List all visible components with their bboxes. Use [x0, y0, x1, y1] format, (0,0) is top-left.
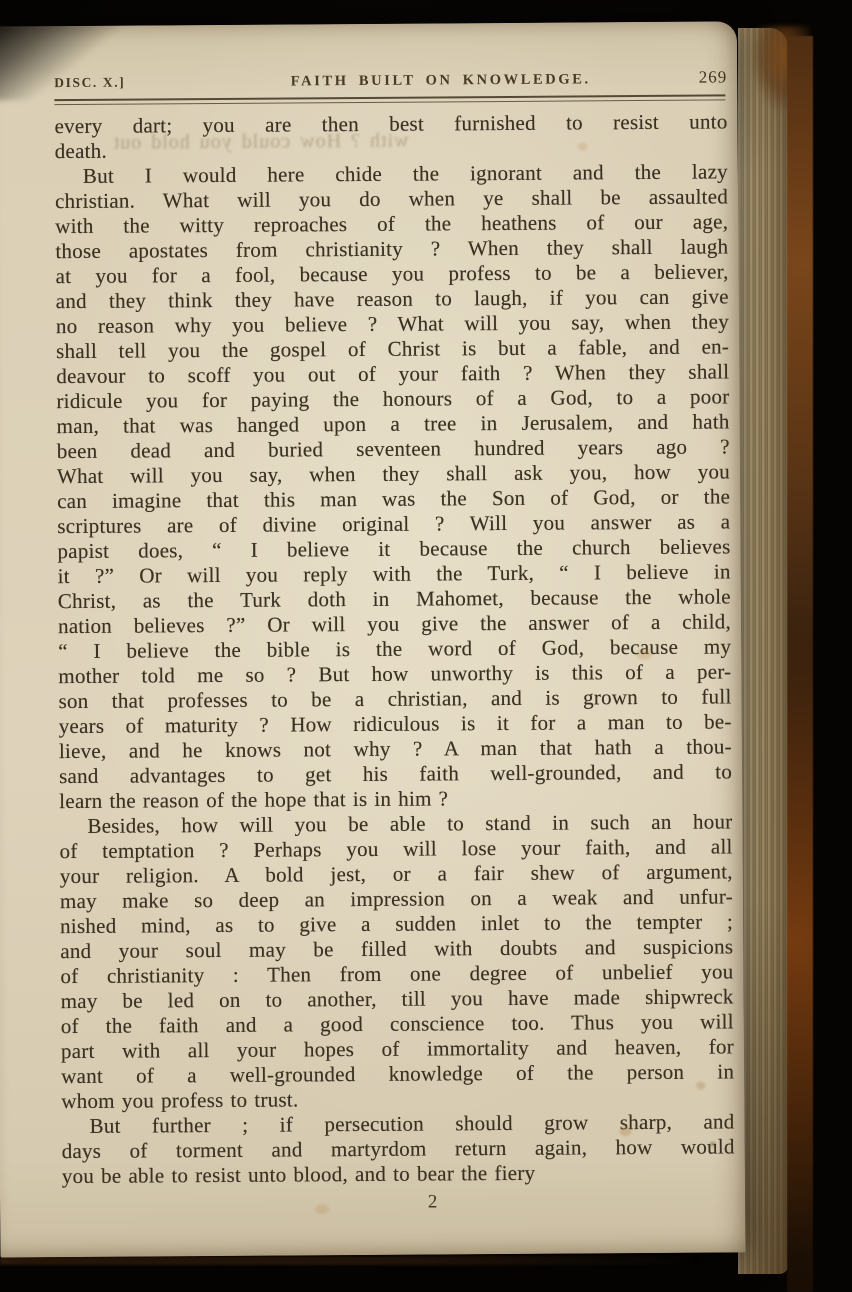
book-bottom-cover	[0, 1256, 700, 1265]
foxing-spot	[636, 648, 652, 660]
text-line: you be able to resist unto blood, and to…	[62, 1159, 735, 1189]
signature-mark: 2	[96, 1189, 769, 1216]
book-cover-edge	[787, 36, 813, 1292]
running-head-title: FAITH BUILT ON KNOWLEDGE.	[224, 71, 657, 91]
text-line: days of torment and martyrdom return aga…	[62, 1134, 735, 1164]
foxing-spot	[696, 1082, 705, 1090]
foxing-spot	[620, 1126, 632, 1136]
foxing-spot	[578, 142, 588, 150]
book-fore-edge	[738, 28, 790, 1274]
page-text: every dart; you are then best furnished …	[54, 109, 734, 1189]
text-line: sand advantages to get his faith well-gr…	[59, 759, 732, 789]
foxing-spot	[710, 1142, 716, 1147]
header-rule	[54, 94, 725, 105]
text-line: every dart; you are then best furnished …	[54, 109, 727, 139]
page-number: 269	[657, 67, 727, 87]
page-header: DISC. X.] FAITH BUILT ON KNOWLEDGE. 269	[54, 67, 727, 90]
page-corner-shadow	[0, 22, 138, 101]
book-page: with ? How could you hold out DISC. X.] …	[0, 21, 745, 1257]
photo-background: with ? How could you hold out DISC. X.] …	[0, 0, 852, 1292]
text-line: want of a well-grounded knowledge of the…	[61, 1059, 734, 1089]
foxing-spot	[315, 1204, 329, 1214]
